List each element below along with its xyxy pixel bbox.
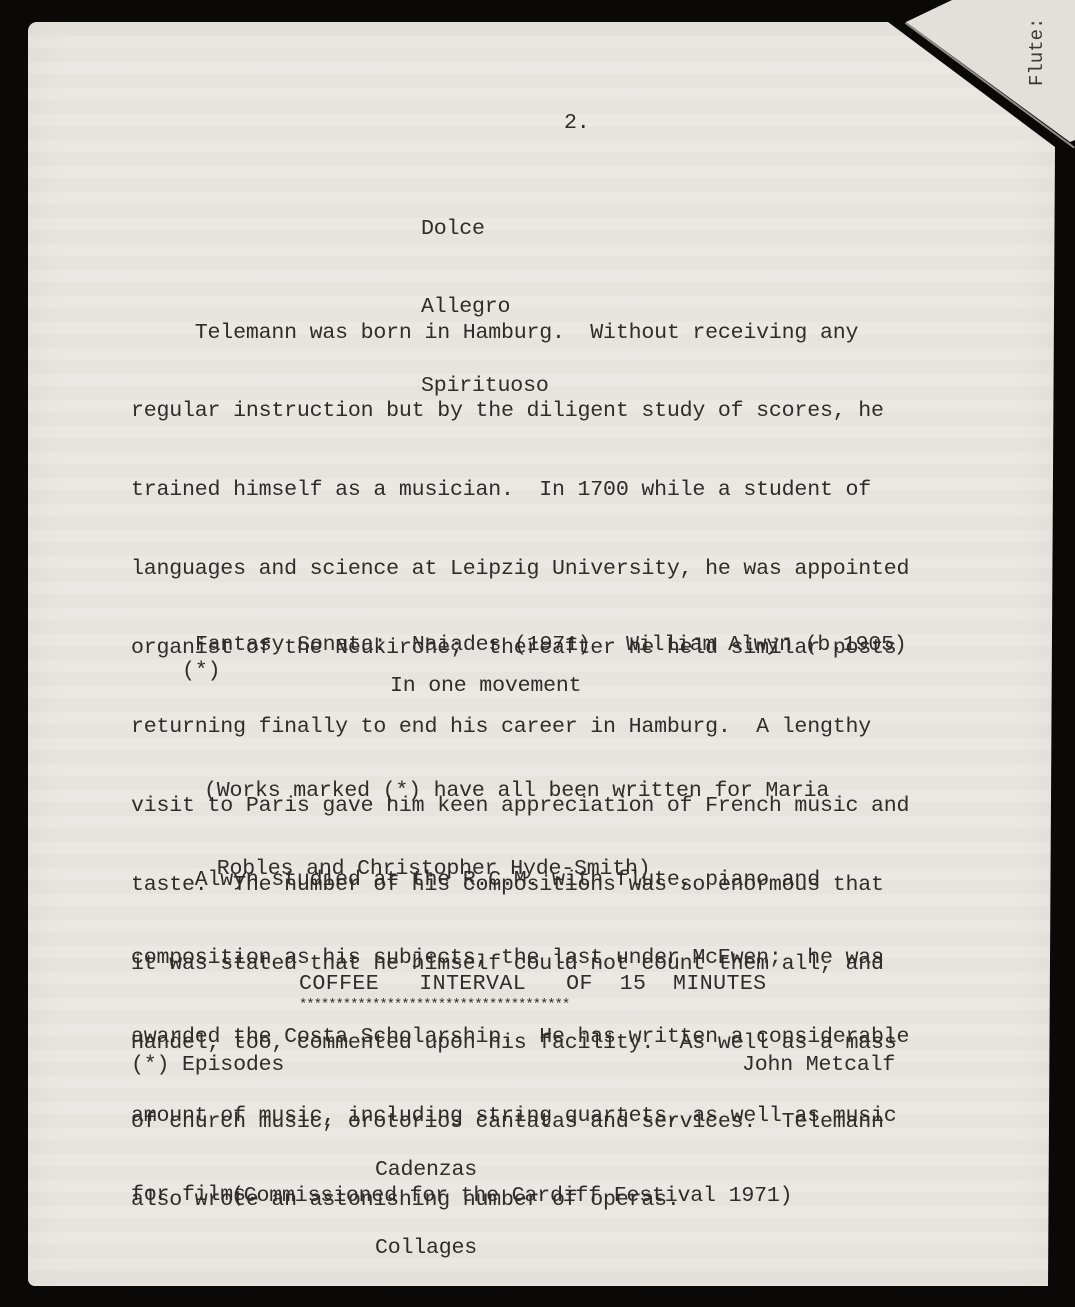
work-title: Fantasy Sonata: Naiades (1971) — [195, 632, 591, 658]
movement-title: Cadenzas — [375, 1157, 477, 1183]
programme-page: 2. Dolce Allegro Spirituoso Telemann was… — [28, 22, 1055, 1286]
note-line: amount of music, including string quarte… — [131, 1103, 909, 1129]
work-subtitle: In one movement — [390, 673, 581, 699]
composer-name: John Metcalf — [742, 1052, 895, 1078]
movement-title: Dolce — [421, 216, 549, 242]
note-line: composition as his subjects, the last un… — [131, 945, 909, 971]
note-line: Telemann was born in Hamburg. Without re… — [131, 320, 909, 346]
folded-corner-text: Flute: — [1026, 18, 1048, 86]
note-line: trained himself as a musician. In 1700 w… — [131, 477, 909, 503]
third-work-title: (*) Episodes — [131, 1052, 284, 1078]
movement-title: Collages — [375, 1235, 477, 1261]
note-line: awarded the Costa Scholarship. He has wr… — [131, 1024, 909, 1050]
premiere-marker: (*) — [182, 659, 220, 683]
interval-announcement: COFFEE INTERVAL OF 15 MINUTES — [299, 971, 767, 997]
commission-note: (Commissioned for the Cardiff Festival 1… — [231, 1183, 792, 1209]
composer-name: William Alwyn (b.1905) — [626, 632, 907, 658]
note-line: languages and science at Leipzig Univers… — [131, 556, 909, 582]
asterisk-rule: ************************************* — [299, 997, 569, 1013]
note-line: regular instruction but by the diligent … — [131, 398, 909, 424]
note-line: (Works marked (*) have all been written … — [204, 778, 829, 804]
note-line: Alwyn studied at the R.C.M. with flute, … — [131, 867, 909, 893]
page-number: 2. — [564, 110, 590, 136]
